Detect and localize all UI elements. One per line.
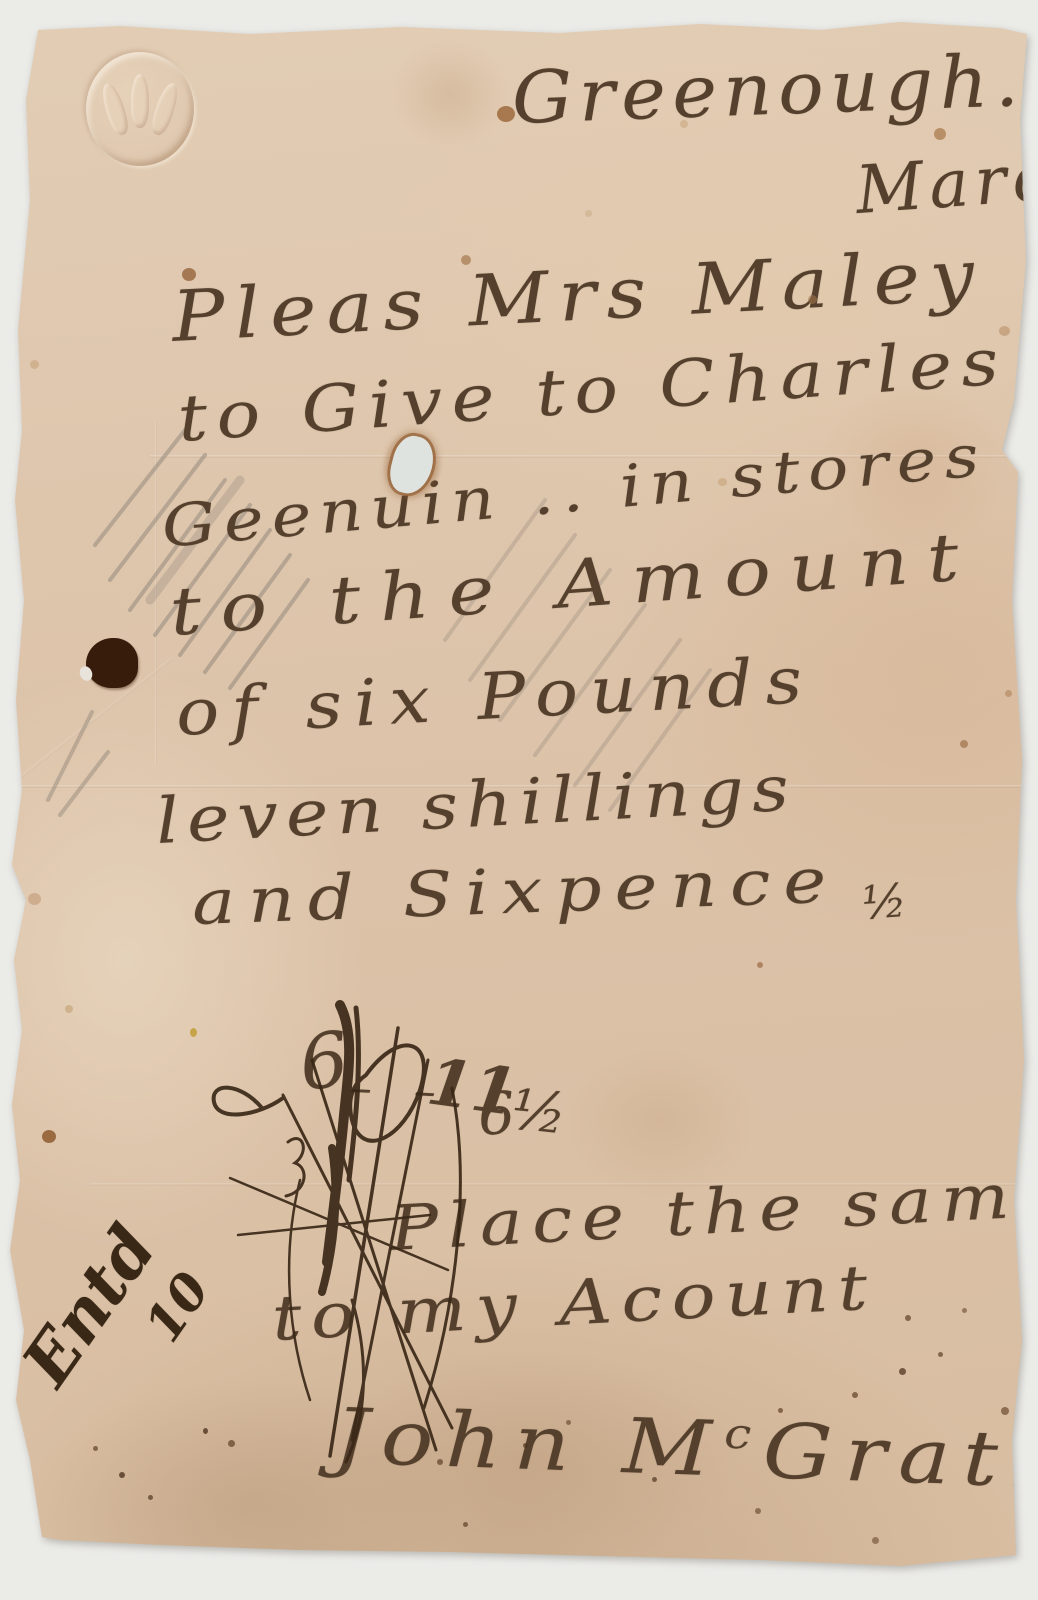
foxing-spot <box>1005 690 1012 697</box>
foxing-spot <box>190 1028 197 1037</box>
foxing-spot <box>755 1508 761 1514</box>
foxing-spot <box>148 1495 153 1500</box>
signature-part1: John M <box>332 1391 725 1494</box>
foxing-spot <box>938 1352 943 1357</box>
seal-feather-right <box>148 81 182 138</box>
foxing-spot <box>28 893 41 905</box>
foxing-spot <box>962 1308 967 1313</box>
seal-feather-center <box>131 74 149 128</box>
foxing-spot <box>547 1568 553 1573</box>
paper-stain <box>390 40 510 150</box>
foxing-spot <box>960 740 968 748</box>
signature: John McGrath <box>333 1398 1038 1500</box>
foxing-spot <box>497 106 515 122</box>
amount-fraction: ½ <box>509 1082 569 1143</box>
foxing-spot <box>872 1537 879 1544</box>
foxing-spot <box>808 295 817 304</box>
foxing-spot <box>852 1392 858 1398</box>
body-line-6: leven shillings <box>154 756 798 852</box>
foxing-spot <box>757 962 763 968</box>
foxing-spot <box>778 1408 783 1413</box>
foxing-spot <box>119 1472 125 1478</box>
closing-line-2: to my Acount <box>270 1256 878 1350</box>
foxing-spot <box>42 1130 56 1143</box>
foxing-spot <box>999 326 1010 336</box>
foxing-spot <box>463 1522 468 1527</box>
foxing-spot <box>652 1477 657 1482</box>
sixpence-fraction: ½ <box>860 877 908 926</box>
foxing-spot <box>388 1455 393 1460</box>
paper: Greenough. Marc Pleas Mrs Maley to Give … <box>0 0 1038 1600</box>
foxing-spot <box>93 1446 98 1451</box>
signature-superscript: c <box>723 1409 764 1459</box>
foxing-spot <box>523 1443 528 1448</box>
foxing-spot <box>65 1005 73 1013</box>
ink-blot <box>86 638 138 688</box>
foxing-spot <box>461 255 471 265</box>
paper-shadow: Greenough. Marc Pleas Mrs Maley to Give … <box>0 0 1038 1600</box>
foxing-spot <box>680 120 688 128</box>
foxing-spot <box>718 478 727 486</box>
signature-part2: Grath <box>762 1406 1038 1506</box>
foxing-spot <box>182 268 196 281</box>
embossed-seal <box>86 52 194 166</box>
foxing-spot <box>30 360 39 369</box>
foxing-spot <box>566 1420 571 1425</box>
body-line-7: and Sixpence <box>191 849 840 934</box>
crease-vertical <box>155 420 157 765</box>
foxing-spot <box>1001 1407 1009 1415</box>
foxing-spot <box>934 128 946 140</box>
seal-feather-left <box>98 81 132 138</box>
closing-line-1: Place the same <box>388 1162 1038 1260</box>
scanned-letter: Greenough. Marc Pleas Mrs Maley to Give … <box>0 0 1038 1600</box>
foxing-spot <box>585 210 592 217</box>
date-line: Marc <box>854 144 1038 224</box>
foxing-spot <box>437 1459 443 1465</box>
foxing-spot <box>905 1315 911 1321</box>
foxing-spot <box>899 1368 906 1375</box>
place-line: Greenough. <box>511 44 1026 134</box>
foxing-spot <box>203 1428 208 1434</box>
amount-pounds: 6 <box>296 1021 352 1102</box>
body-line-5: of six Pounds <box>174 649 816 746</box>
foxing-spot <box>228 1440 235 1447</box>
